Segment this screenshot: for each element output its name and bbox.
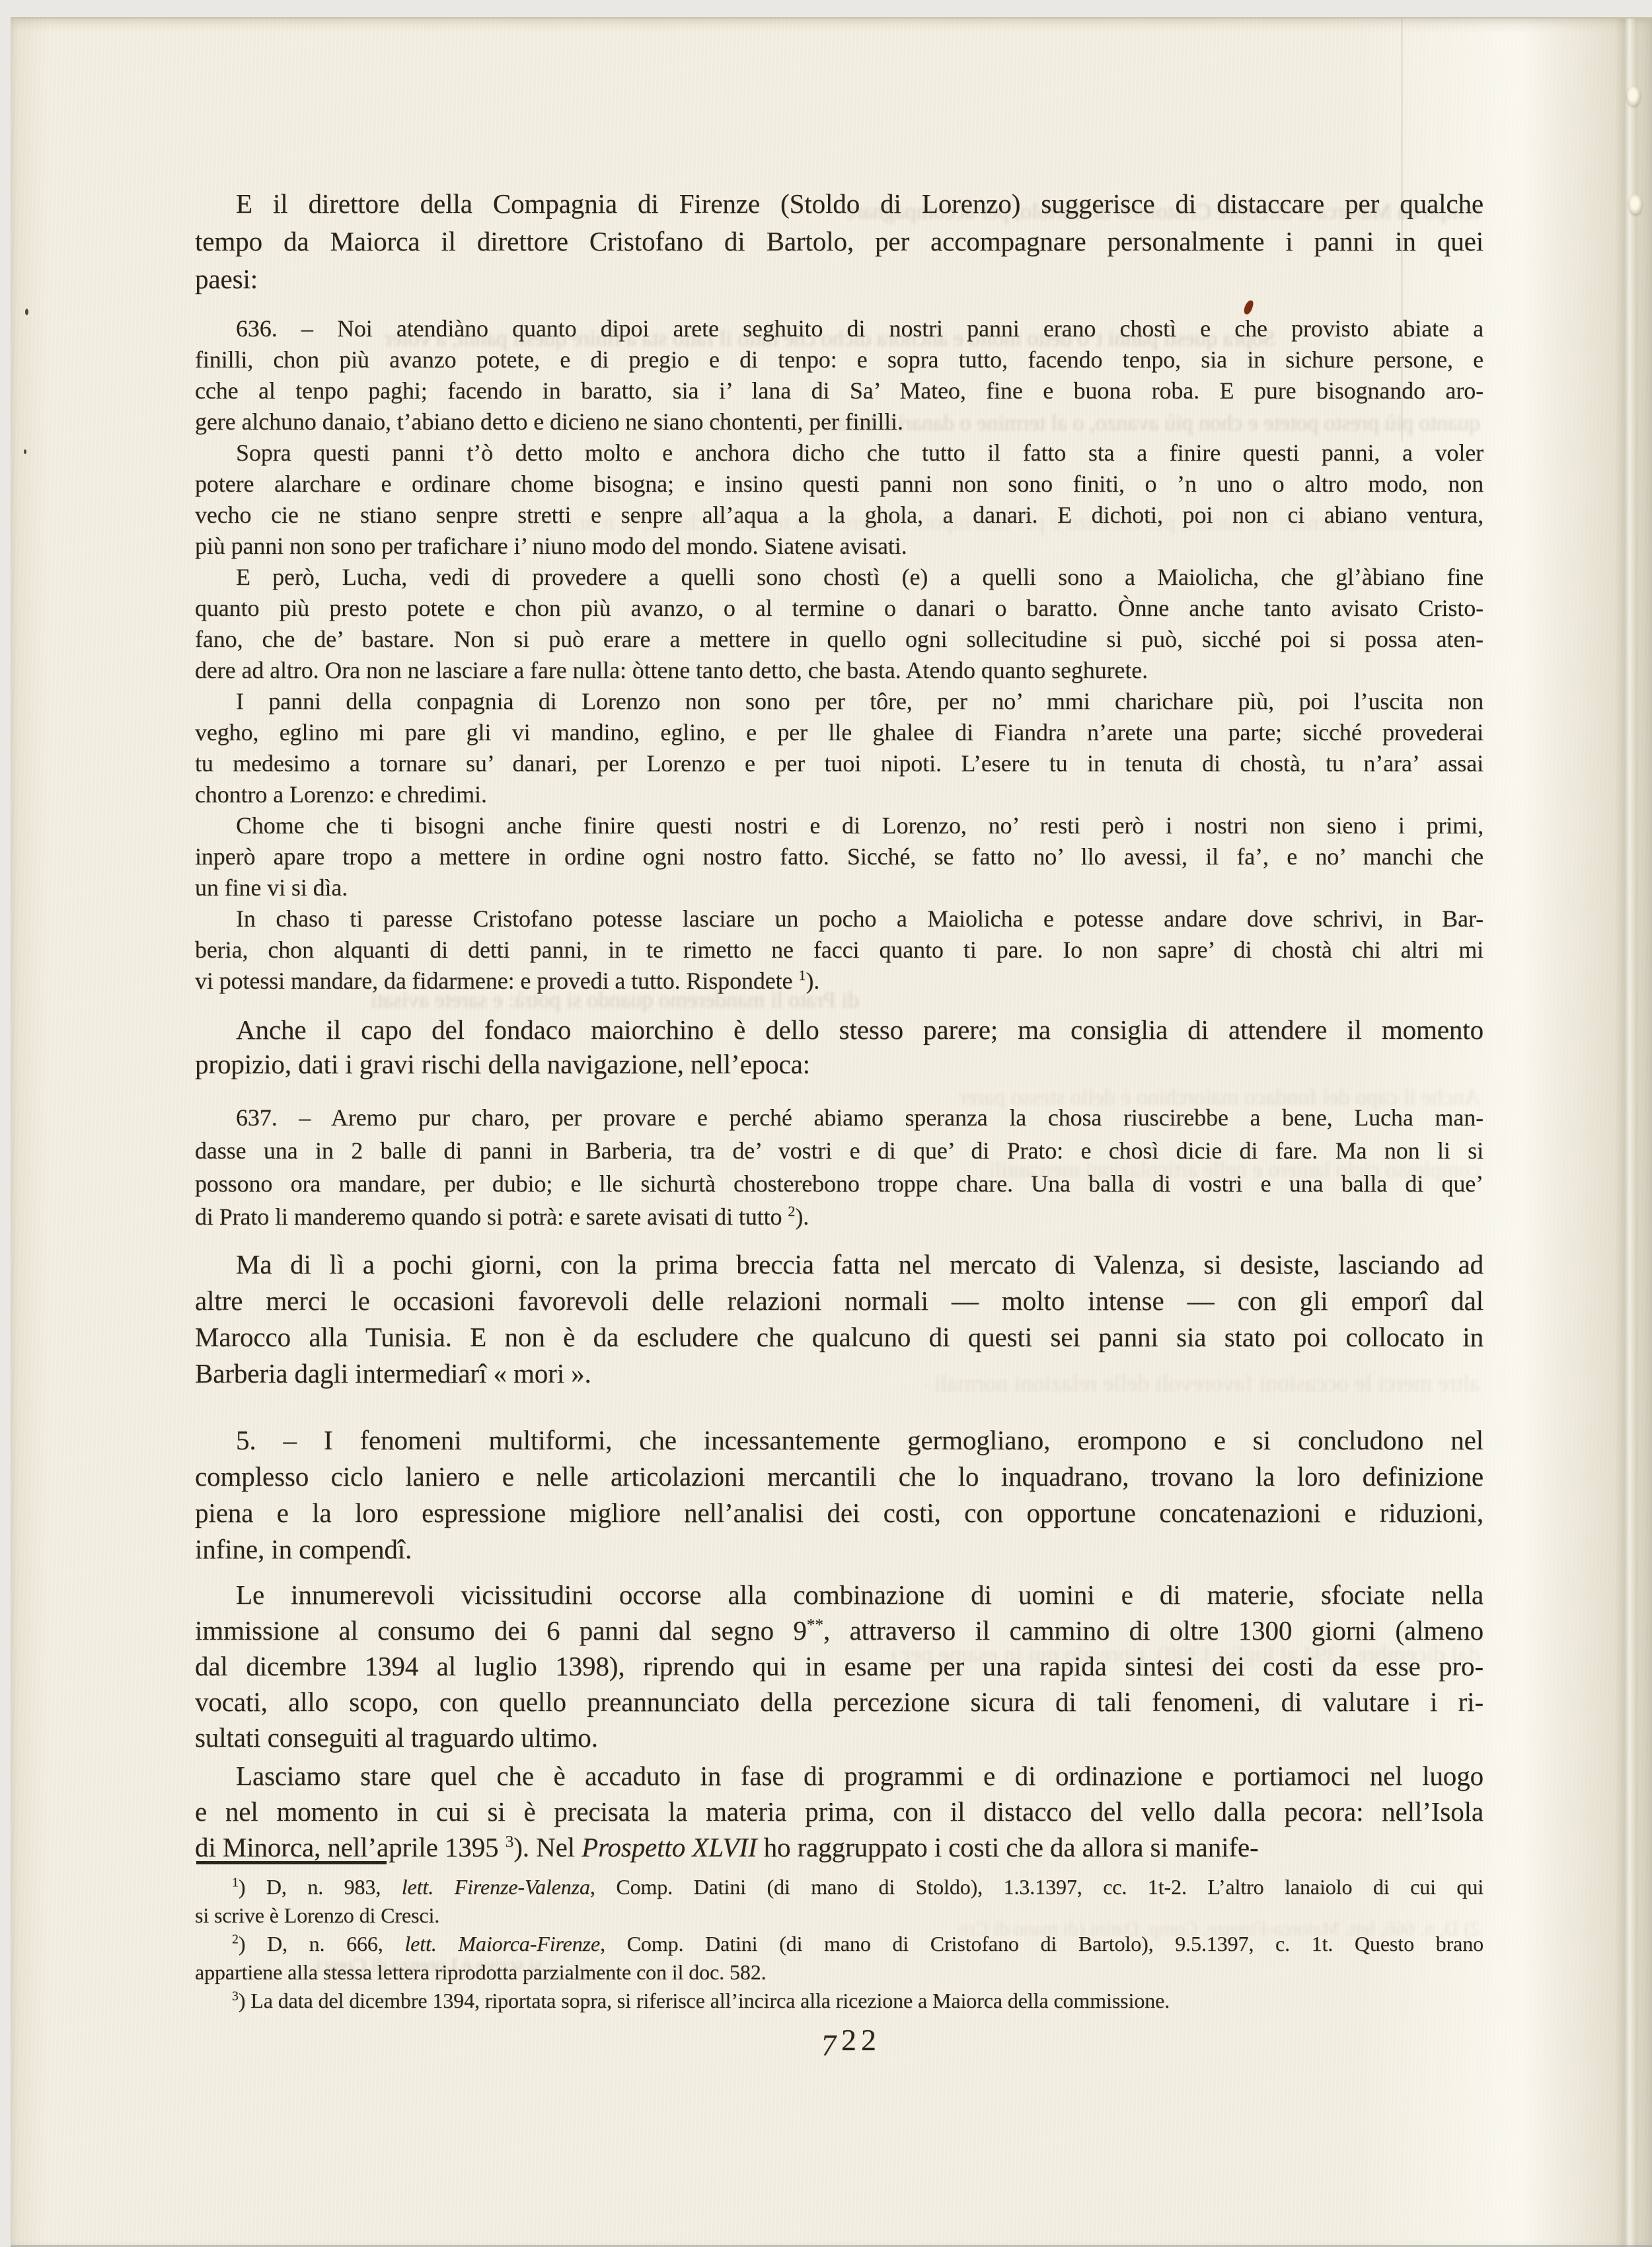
text-line: piena e la loro espressione migliore nel… (195, 1495, 1483, 1531)
text-line: di Minorca, nell’aprile 1395 3). Nel Pro… (195, 1829, 1483, 1865)
text-line: 636. – Noi atendiàno quanto dipoi arete … (195, 313, 1483, 344)
text-line: Anche il capo del fondaco maiorchino è d… (195, 1012, 1483, 1047)
text-line: dal dicembre 1394 al luglio 1398), ripre… (195, 1648, 1483, 1684)
text-line: Le innumerevoli vicissitudini occorse al… (195, 1577, 1483, 1613)
page-number: 722 (195, 2022, 1483, 2057)
text-line: infine, in compendî. (195, 1531, 1483, 1568)
text-line: cche al tenpo paghi; facendo in baratto,… (195, 375, 1483, 406)
text-line: paesi: (195, 260, 1483, 298)
text-line: quanto più presto potete e chon più avan… (195, 593, 1483, 624)
text-line: propizio, dati i gravi rischi della navi… (195, 1047, 1483, 1081)
edge-speck (25, 309, 28, 315)
text-line: tempo da Maiorca il direttore Cristofano… (195, 223, 1483, 260)
text-line: vocati, allo scopo, con quello preannunc… (195, 1684, 1483, 1720)
text-line: un fine vi si dìa. (195, 872, 1483, 903)
text-line: chontro a Lorenzo: e chredimi. (195, 779, 1483, 810)
text-line: si scrive è Lorenzo di Cresci. (195, 1901, 1483, 1930)
text-line: 637. – Aremo pur charo, per provare e pe… (195, 1101, 1483, 1134)
text-line: possono ora mandare, per dubio; e lle si… (195, 1167, 1483, 1200)
paragraph-vicissitudini: Le innumerevoli vicissitudini occorse al… (195, 1577, 1483, 1755)
quoted-letter-637: 637. – Aremo pur charo, per provare e pe… (195, 1101, 1483, 1233)
book-page-paper: tempo da Maiorca il direttore Cristofano… (11, 17, 1652, 2247)
footnote-separator-rule (196, 1861, 387, 1864)
text-line: I panni della conpagnia di Lorenzo non s… (195, 686, 1483, 717)
text-line: appartiene alla stessa lettera riprodott… (195, 1958, 1483, 1987)
text-line: tu medesimo a tornare su’ danari, per Lo… (195, 748, 1483, 779)
text-line: fano, che de’ bastare. Non si può erare … (195, 624, 1483, 655)
text-line: vecho cie ne stiano senpre stretti e sen… (195, 500, 1483, 531)
text-line: vi potessi mandare, da fidarmene: e prov… (195, 966, 1483, 997)
paper-crease (1401, 19, 1403, 441)
text-line: immissione al consumo dei 6 panni dal se… (195, 1613, 1483, 1648)
paragraph-ma-di-li: Ma di lì a pochi giorni, con la prima br… (195, 1246, 1483, 1392)
paragraph-bridge: Anche il capo del fondaco maiorchino è d… (195, 1012, 1483, 1081)
text-line: 3) La data del dicembre 1394, riportata … (195, 1987, 1483, 2015)
binding-stitch (1629, 194, 1642, 214)
text-line: Lasciamo stare quel che è accaduto in fa… (195, 1758, 1483, 1794)
text-line: Chome che ti bisogni anche finire questi… (195, 810, 1483, 841)
text-line: vegho, eglino mi pare gli vi mandino, eg… (195, 717, 1483, 748)
text-line: inperò apare tropo a mettere in ordine o… (195, 841, 1483, 872)
text-line: dasse una in 2 balle di panni in Barberi… (195, 1134, 1483, 1167)
text-line: 1) D, n. 983, lett. Firenze-Valenza, Com… (195, 1873, 1483, 1901)
text-line: finilli, chon più avanzo potete, e di pr… (195, 344, 1483, 375)
text-line: e nel momento in cui si è precisata la m… (195, 1794, 1483, 1829)
binding-stitch (1627, 86, 1640, 106)
text-line: Barberia dagli intermediarî « mori ». (195, 1355, 1483, 1392)
text-line: In chaso ti paresse Cristofano potesse l… (195, 903, 1483, 934)
text-line: 2) D, n. 666, lett. Maiorca-Firenze, Com… (195, 1930, 1483, 1958)
paragraph-lasciamo-stare: Lasciamo stare quel che è accaduto in fa… (195, 1758, 1483, 1865)
text-line: potere alarchare e ordinare chome bisogn… (195, 469, 1483, 500)
text-line: complesso ciclo laniero e nelle articola… (195, 1459, 1483, 1495)
text-line: di Prato li manderemo quando si potrà: e… (195, 1200, 1483, 1233)
text-line: beria, chon alquanti di detti panni, in … (195, 934, 1483, 966)
text-line: altre merci le occasioni favorevoli dell… (195, 1283, 1483, 1319)
text-line: Marocco alla Tunisia. E non è da esclude… (195, 1319, 1483, 1355)
scanned-book-page: tempo da Maiorca il direttore Cristofano… (0, 0, 1652, 2247)
binding-crease (1615, 19, 1637, 2247)
text-line: E però, Lucha, vedi di provedere a quell… (195, 562, 1483, 593)
text-line: dere ad altro. Ora non ne lasciare a far… (195, 655, 1483, 686)
text-line: Ma di lì a pochi giorni, con la prima br… (195, 1246, 1483, 1283)
paragraph-intro: E il direttore della Compagnia di Firenz… (195, 185, 1483, 298)
paragraph-section-5: 5. – I fenomeni multiformi, che incessan… (195, 1422, 1483, 1568)
text-line: più panni non sono per trafichare i’ niu… (195, 531, 1483, 562)
text-line: gere alchuno danaio, t’abiano detto e di… (195, 406, 1483, 438)
text-line: sultati conseguiti al traguardo ultimo. (195, 1720, 1483, 1755)
text-line: E il direttore della Compagnia di Firenz… (195, 185, 1483, 223)
quoted-letter-636: 636. – Noi atendiàno quanto dipoi arete … (195, 313, 1483, 997)
footnotes-block: 1) D, n. 983, lett. Firenze-Valenza, Com… (195, 1873, 1483, 2015)
edge-speck (24, 449, 26, 454)
text-line: Sopra questi panni t’ò detto molto e anc… (195, 438, 1483, 469)
text-line: 5. – I fenomeni multiformi, che incessan… (195, 1422, 1483, 1459)
